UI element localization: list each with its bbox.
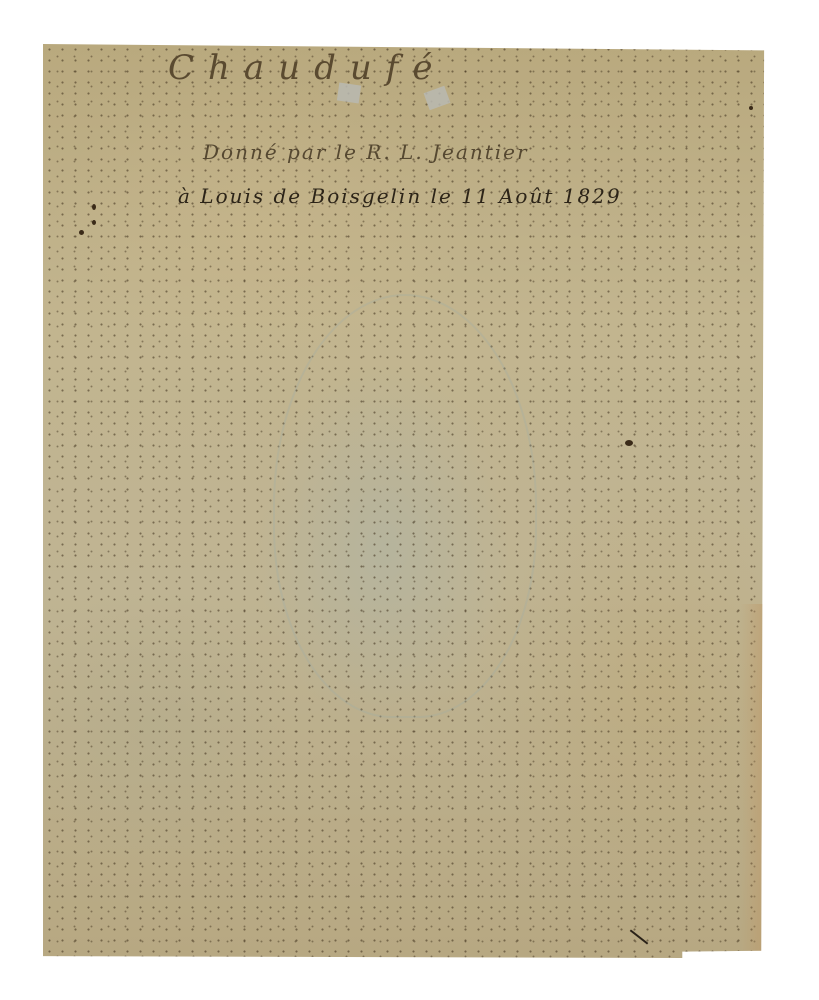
right-edge-stain [741, 604, 767, 954]
show-through-portrait-outline [273, 294, 537, 718]
ink-spot [79, 230, 84, 235]
ink-spot [92, 220, 96, 225]
handwritten-title: Chaudufé [168, 48, 446, 88]
ink-spot [92, 204, 96, 210]
handwritten-line-2: à Louis de Boisgelin le 11 Août 1829 [178, 184, 622, 208]
ink-spot [749, 106, 753, 110]
handwritten-line-1: Donné par le R. L. Jeantier [203, 140, 529, 164]
ink-spot [625, 440, 633, 446]
aged-paper-sheet: Chaudufé Donné par le R. L. Jeantier à L… [43, 44, 767, 958]
